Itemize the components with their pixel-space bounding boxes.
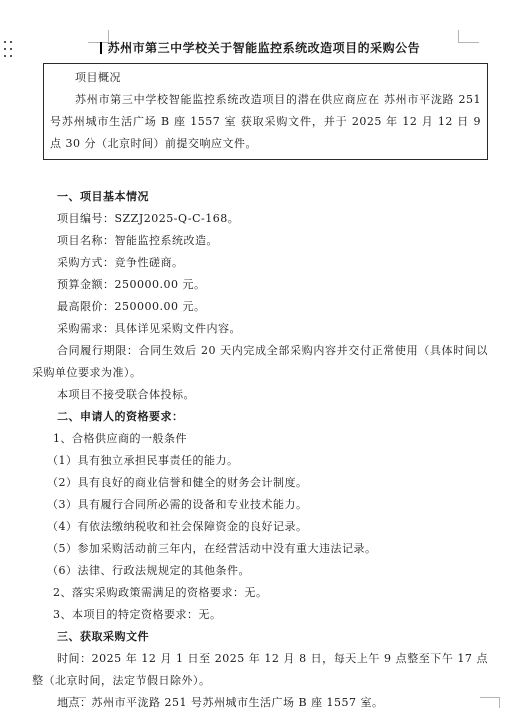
condition-6-line[interactable]: （6）法律、行政法规规定的其他条件。: [32, 560, 488, 582]
policy-qualification-line[interactable]: 2、落实采购政策需满足的资格要求：无。: [32, 582, 488, 604]
section-2-heading[interactable]: 二、申请人的资格要求：: [32, 406, 488, 428]
price-ceiling-line[interactable]: 最高限价：250000.00 元。: [32, 296, 488, 318]
condition-4-line[interactable]: （4）有依法缴纳税收和社会保障资金的良好记录。: [32, 516, 488, 538]
procurement-method-line[interactable]: 采购方式：竞争性磋商。: [32, 252, 488, 274]
section-1-heading[interactable]: 一、项目基本情况: [32, 186, 488, 208]
condition-1-line[interactable]: （1）具有独立承担民事责任的能力。: [32, 450, 488, 472]
condition-3-line[interactable]: （3）具有履行合同所必需的设备和专业技术能力。: [32, 494, 488, 516]
requirement-line[interactable]: 采购需求：具体详见采购文件内容。: [32, 318, 488, 340]
specific-qualification-line[interactable]: 3、本项目的特定资格要求：无。: [32, 604, 488, 626]
budget-line[interactable]: 预算金额：250000.00 元。: [32, 274, 488, 296]
obtain-location-line[interactable]: 地点：苏州市平泷路 251 号苏州城市生活广场 B 座 1557 室。: [32, 692, 488, 712]
qualification-general-line[interactable]: 1、合格供应商的一般条件: [32, 428, 488, 450]
text-cursor: [100, 42, 102, 54]
project-number-line[interactable]: 项目编号：SZZJ2025-Q-C-168。: [32, 208, 488, 230]
condition-5-line[interactable]: （5）参加采购活动前三年内，在经营活动中没有重大违法记录。: [32, 538, 488, 560]
document-title-text: 苏州市第三中学校关于智能监控系统改造项目的采购公告: [108, 41, 421, 55]
overview-paragraph[interactable]: 苏州市第三中学校智能监控系统改造项目的潜在供应商应在 苏州市平泷路 251 号苏…: [50, 89, 481, 155]
contract-term-line[interactable]: 合同履行期限：合同生效后 20 天内完成全部采购内容并交付正常使用（具体时间以采…: [32, 340, 488, 384]
document-body: 苏州市第三中学校关于智能监控系统改造项目的采购公告 项目概况 苏州市第三中学校智…: [32, 40, 488, 712]
condition-2-line[interactable]: （2）具有良好的商业信誉和健全的财务会计制度。: [32, 472, 488, 494]
word-document-page: 苏州市第三中学校关于智能监控系统改造项目的采购公告 项目概况 苏州市第三中学校智…: [0, 0, 518, 712]
project-name-line[interactable]: 项目名称：智能监控系统改造。: [32, 230, 488, 252]
obtain-time-line[interactable]: 时间：2025 年 12 月 1 日至 2025 年 12 月 8 日，每天上午…: [32, 648, 488, 692]
no-consortium-line[interactable]: 本项目不接受联合体投标。: [32, 384, 488, 406]
project-overview-box[interactable]: 项目概况 苏州市第三中学校智能监控系统改造项目的潜在供应商应在 苏州市平泷路 2…: [43, 63, 488, 160]
drag-handle-icon[interactable]: [4, 41, 12, 57]
section-3-heading[interactable]: 三、获取采购文件: [32, 626, 488, 648]
document-title[interactable]: 苏州市第三中学校关于智能监控系统改造项目的采购公告: [32, 40, 488, 56]
overview-heading[interactable]: 项目概况: [50, 67, 481, 89]
